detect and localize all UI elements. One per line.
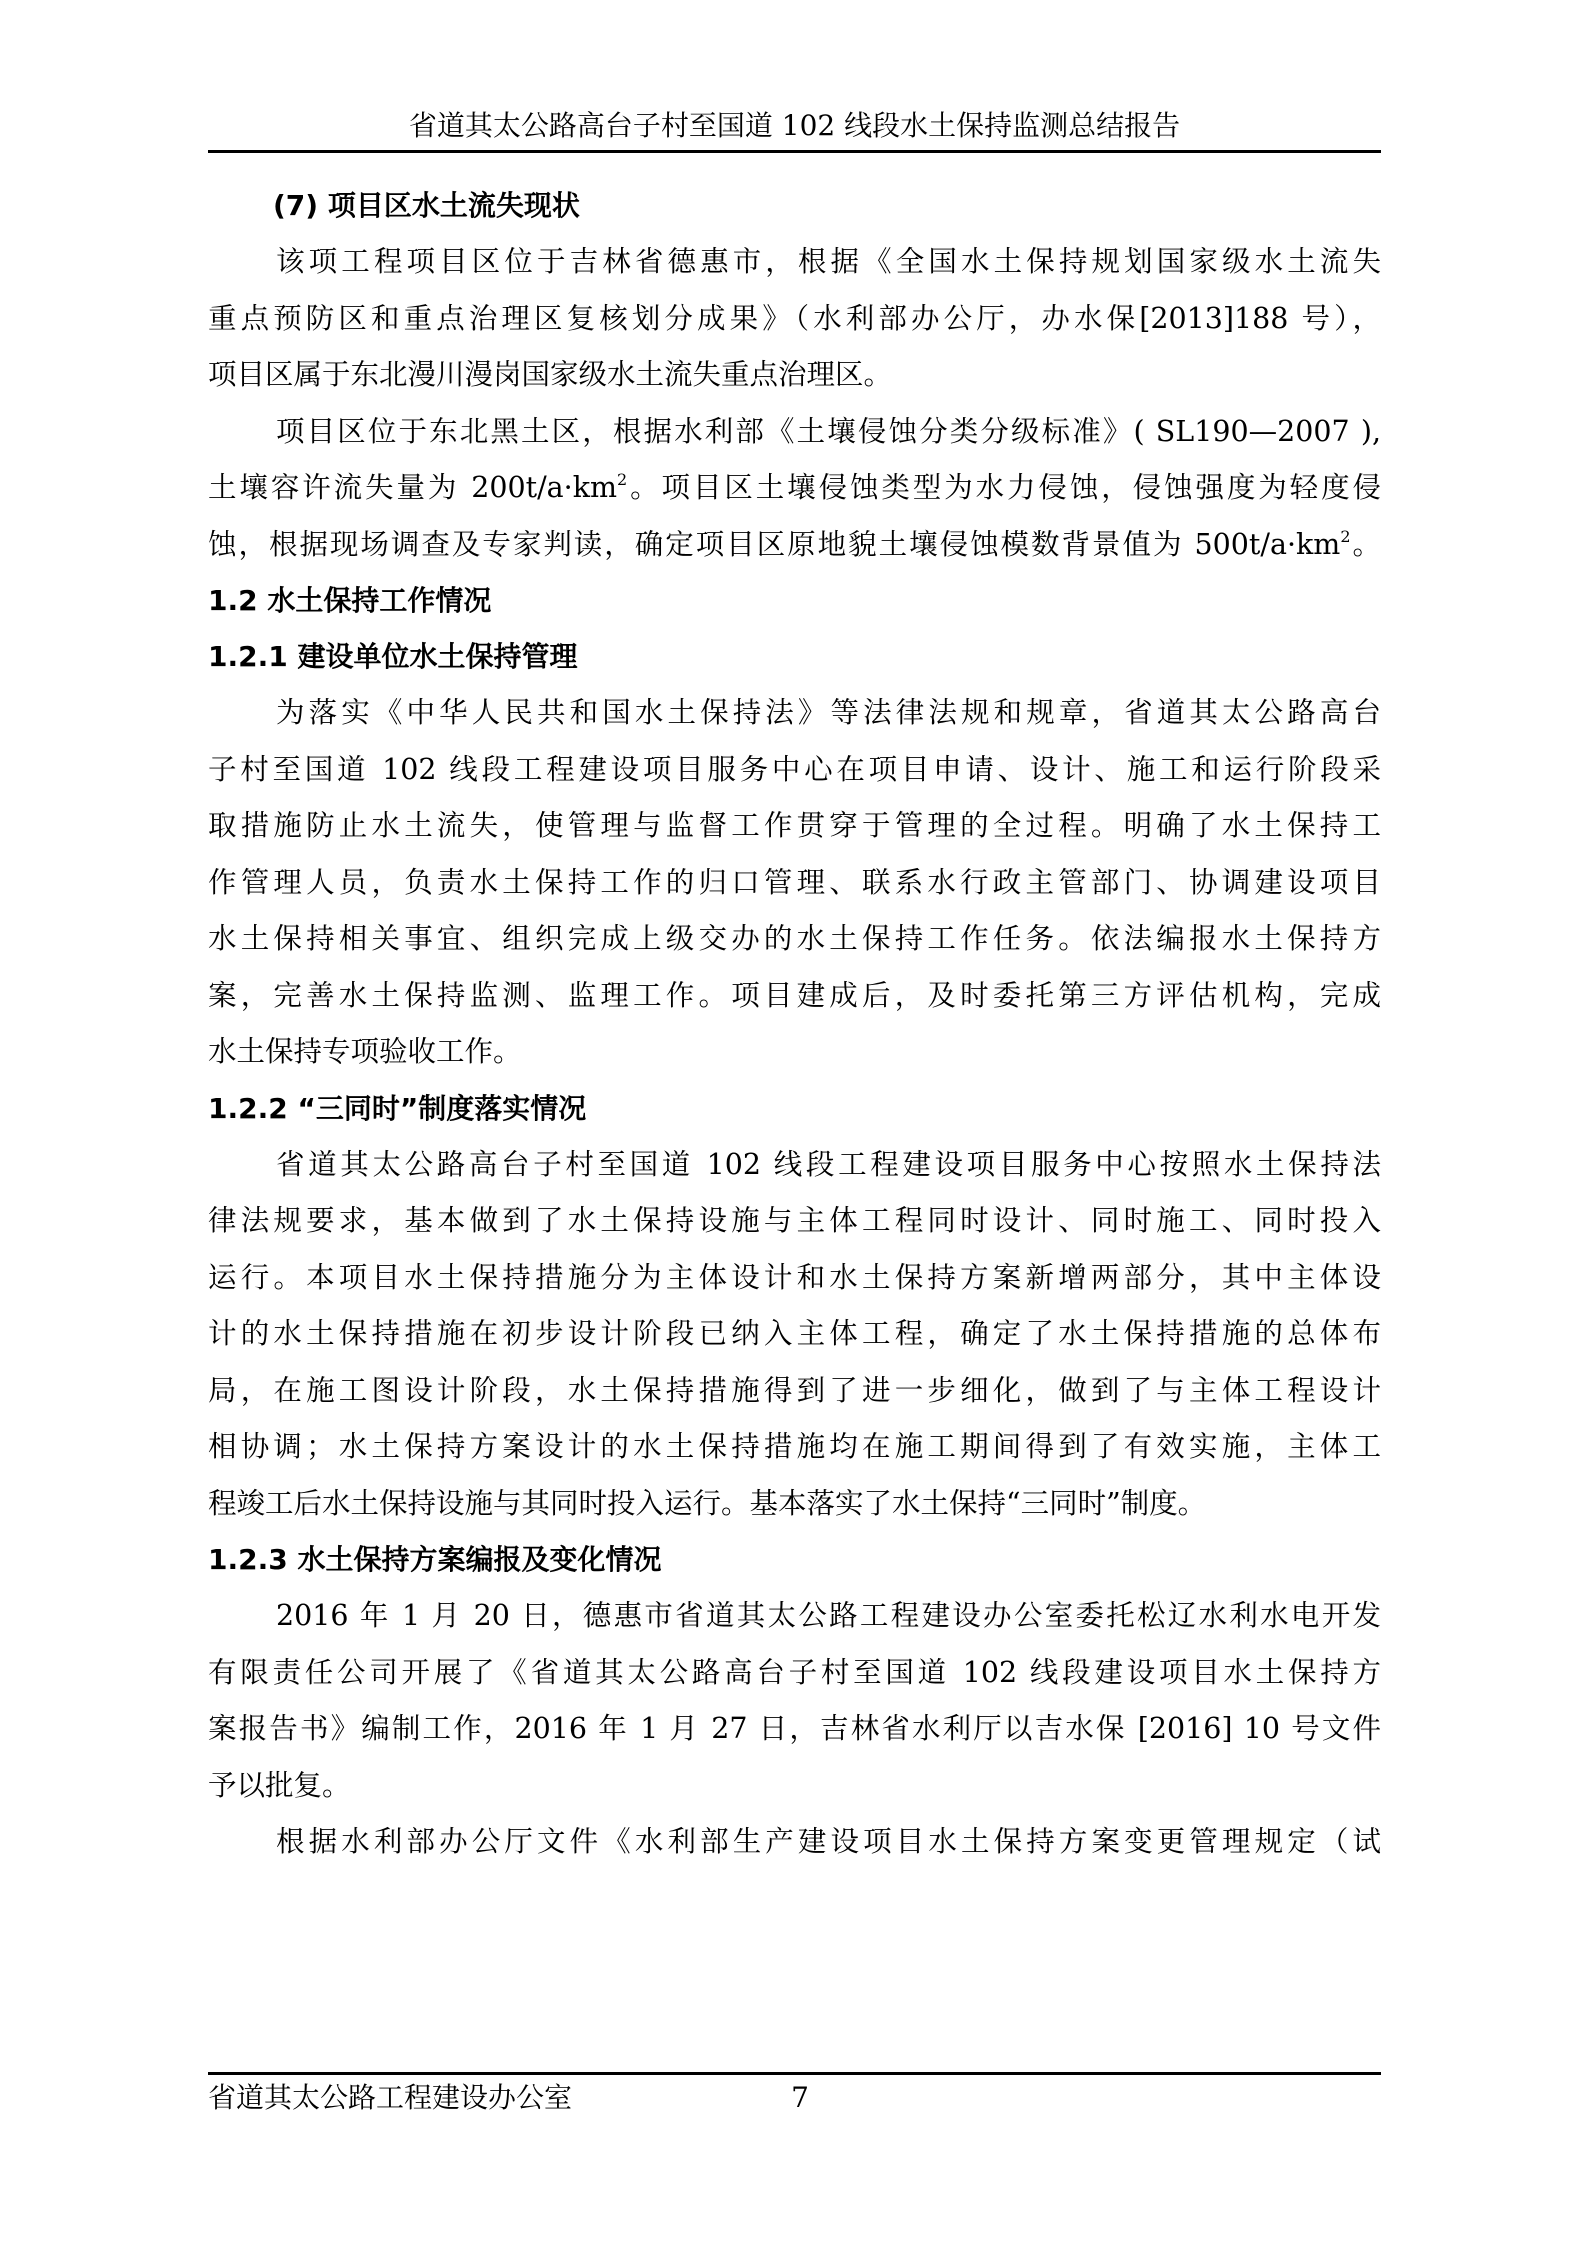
footer-divider [208, 2072, 1381, 2075]
section-heading-7: (7) 项目区水土流失现状 [208, 178, 1381, 234]
paragraph-three-simultaneities: 省道其太公路高台子村至国道 102 线段工程建设项目服务中心按照水土保持法 律法… [208, 1137, 1381, 1533]
paragraph-line: 计的水土保持措施在初步设计阶段已纳入主体工程，确定了水土保持措施的总体布 [208, 1306, 1381, 1363]
paragraph-line: 重点预防区和重点治理区复核划分成果》（水利部办公厅，办水保[2013]188 号… [208, 291, 1381, 348]
paragraph-line: 有限责任公司开展了《省道其太公路高台子村至国道 102 线段建设项目水土保持方 [208, 1645, 1381, 1702]
paragraph-line: 该项工程项目区位于吉林省德惠市，根据《全国水土保持规划国家级水土流失 [208, 234, 1381, 291]
page-body: (7) 项目区水土流失现状 该项工程项目区位于吉林省德惠市，根据《全国水土保持规… [208, 178, 1381, 1871]
paragraph-line: 水土保持相关事宜、组织完成上级交办的水土保持工作任务。依法编报水土保持方 [208, 911, 1381, 968]
paragraph-line: 为落实《中华人民共和国水土保持法》等法律法规和规章，省道其太公路高台 [208, 685, 1381, 742]
paragraph-plan-change: 根据水利部办公厅文件《水利部生产建设项目水土保持方案变更管理规定（试 [208, 1814, 1381, 1871]
paragraph-line: 局，在施工图设计阶段，水土保持措施得到了进一步细化，做到了与主体工程设计 [208, 1363, 1381, 1420]
paragraph-line: 律法规要求，基本做到了水土保持设施与主体工程同时设计、同时施工、同时投入 [208, 1193, 1381, 1250]
paragraph-plan-approval: 2016 年 1 月 20 日，德惠市省道其太公路工程建设办公室委托松辽水利水电… [208, 1588, 1381, 1814]
paragraph-line: 予以批复。 [208, 1758, 1381, 1815]
paragraph-owner-management: 为落实《中华人民共和国水土保持法》等法律法规和规章，省道其太公路高台 子村至国道… [208, 685, 1381, 1081]
paragraph-line: 子村至国道 102 线段工程建设项目服务中心在项目申请、设计、施工和运行阶段采 [208, 742, 1381, 799]
text-fragment: 。 [1351, 528, 1381, 561]
running-header-title: 省道其太公路高台子村至国道 102 线段水土保持监测总结报告 [208, 108, 1381, 144]
paragraph-line: 案报告书》编制工作，2016 年 1 月 27 日，吉林省水利厅以吉水保 [20… [208, 1701, 1381, 1758]
paragraph-line: 程竣工后水土保持设施与其同时投入运行。基本落实了水土保持“三同时”制度。 [208, 1476, 1381, 1533]
text-fragment: 。项目区土壤侵蚀类型为水力侵蚀，侵蚀强度为轻度侵 [627, 471, 1381, 504]
paragraph-line: 2016 年 1 月 20 日，德惠市省道其太公路工程建设办公室委托松辽水利水电… [208, 1588, 1381, 1645]
paragraph-line: 根据水利部办公厅文件《水利部生产建设项目水土保持方案变更管理规定（试 [208, 1814, 1381, 1871]
header-divider [208, 150, 1381, 153]
text-fragment: 蚀，根据现场调查及专家判读，确定项目区原地貌土壤侵蚀模数背景值为 500t/a·… [208, 528, 1340, 561]
section-heading-1-2-1: 1.2.1 建设单位水土保持管理 [208, 629, 1381, 685]
section-heading-1-2: 1.2 水土保持工作情况 [208, 573, 1381, 629]
paragraph-line: 案，完善水土保持监测、监理工作。项目建成后，及时委托第三方评估机构，完成 [208, 968, 1381, 1025]
page-number: 7 [450, 2080, 1150, 2116]
paragraph-line: 土壤容许流失量为 200t/a·km2。项目区土壤侵蚀类型为水力侵蚀，侵蚀强度为… [208, 460, 1381, 517]
paragraph-line: 项目区位于东北黑土区，根据水利部《土壤侵蚀分类分级标准》( SL190—2007… [208, 404, 1381, 461]
paragraph-line: 作管理人员，负责水土保持工作的归口管理、联系水行政主管部门、协调建设项目 [208, 855, 1381, 912]
paragraph-soil-erosion-zone: 该项工程项目区位于吉林省德惠市，根据《全国水土保持规划国家级水土流失 重点预防区… [208, 234, 1381, 404]
paragraph-line: 项目区属于东北漫川漫岗国家级水土流失重点治理区。 [208, 347, 1381, 404]
paragraph-erosion-standard: 项目区位于东北黑土区，根据水利部《土壤侵蚀分类分级标准》( SL190—2007… [208, 404, 1381, 574]
paragraph-line: 运行。本项目水土保持措施分为主体设计和水土保持方案新增两部分，其中主体设 [208, 1250, 1381, 1307]
paragraph-line: 相协调；水土保持方案设计的水土保持措施均在施工期间得到了有效实施，主体工 [208, 1419, 1381, 1476]
paragraph-line: 取措施防止水土流失，使管理与监督工作贯穿于管理的全过程。明确了水土保持工 [208, 798, 1381, 855]
paragraph-line: 蚀，根据现场调查及专家判读，确定项目区原地貌土壤侵蚀模数背景值为 500t/a·… [208, 517, 1381, 574]
section-heading-1-2-2: 1.2.2 “三同时”制度落实情况 [208, 1081, 1381, 1137]
paragraph-line: 省道其太公路高台子村至国道 102 线段工程建设项目服务中心按照水土保持法 [208, 1137, 1381, 1194]
superscript: 2 [1340, 527, 1350, 546]
superscript: 2 [617, 470, 627, 489]
paragraph-line: 水土保持专项验收工作。 [208, 1024, 1381, 1081]
section-heading-1-2-3: 1.2.3 水土保持方案编报及变化情况 [208, 1532, 1381, 1588]
text-fragment: 土壤容许流失量为 200t/a·km [208, 471, 617, 504]
